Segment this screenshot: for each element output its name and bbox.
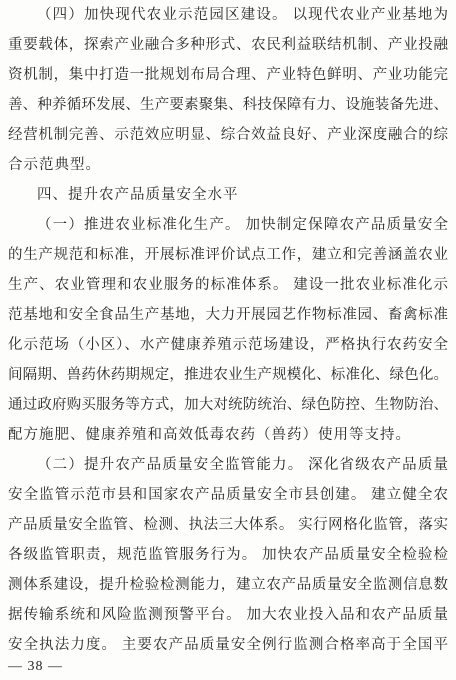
- text-line: 据传输系统和风险监测预警平台。 加大农业投入品和农产品质量: [8, 600, 448, 630]
- text-line: 各级监管职责，规范监管服务行为。 加快农产品质量安全检验检: [8, 540, 448, 570]
- text-line: 化示范场（小区）、水产健康养殖示范场建设，严格执行农药安全: [8, 330, 448, 360]
- text-line: 安全执法力度。 主要农产品质量安全例行监测合格率高于全国平: [8, 630, 448, 660]
- text-line: 测体系建设，提升检验检测能力，建立农产品质量安全监测信息数: [8, 570, 448, 600]
- text-line: 合示范典型。: [8, 150, 448, 180]
- text-line: 善、种养循环发展、生产要素聚集、科技保障有力、设施装备先进、: [8, 90, 448, 120]
- document-text-block: （四）加快现代农业示范园区建设。 以现代农业产业基地为重要载体，探索产业融合多种…: [0, 0, 456, 660]
- section-heading: 四、提升农产品质量安全水平: [8, 180, 448, 210]
- text-line: 安全监管示范市县和国家农产品质量安全市县创建。 建立健全农: [8, 480, 448, 510]
- text-line: 通过政府购买服务等方式，加大对统防统治、绿色防控、生物防治、: [8, 390, 448, 420]
- text-line: 生产、农业管理和农业服务的标准体系。 建设一批农业标准化示: [8, 270, 448, 300]
- text-line: 的生产规范和标准，开展标准评价试点工作，建立和完善涵盖农业: [8, 240, 448, 270]
- page-number: — 38 —: [8, 658, 63, 676]
- text-line: （二）提升农产品质量安全监管能力。 深化省级农产品质量: [8, 450, 448, 480]
- text-line: 配方施肥、健康养殖和高效低毒农药（兽药）使用等支持。: [8, 420, 448, 450]
- text-line: 范基地和安全食品生产基地，大力开展园艺作物标准园、畜禽标准: [8, 300, 448, 330]
- text-line: （一）推进农业标准化生产。 加快制定保障农产品质量安全: [8, 210, 448, 240]
- text-line: 产品质量安全监管、检测、执法三大体系。 实行网格化监管，落实: [8, 510, 448, 540]
- text-line: 重要载体，探索产业融合多种形式、农民利益联结机制、产业投融: [8, 30, 448, 60]
- document-page: （四）加快现代农业示范园区建设。 以现代农业产业基地为重要载体，探索产业融合多种…: [0, 0, 456, 680]
- text-line: 资机制，集中打造一批规划布局合理、产业特色鲜明、产业功能完: [8, 60, 448, 90]
- text-line: 间隔期、兽药休药期规定，推进农业生产规模化、标准化、绿色化。: [8, 360, 448, 390]
- text-line: （四）加快现代农业示范园区建设。 以现代农业产业基地为: [8, 0, 448, 30]
- text-line: 经营机制完善、示范效应明显、综合效益良好、产业深度融合的综: [8, 120, 448, 150]
